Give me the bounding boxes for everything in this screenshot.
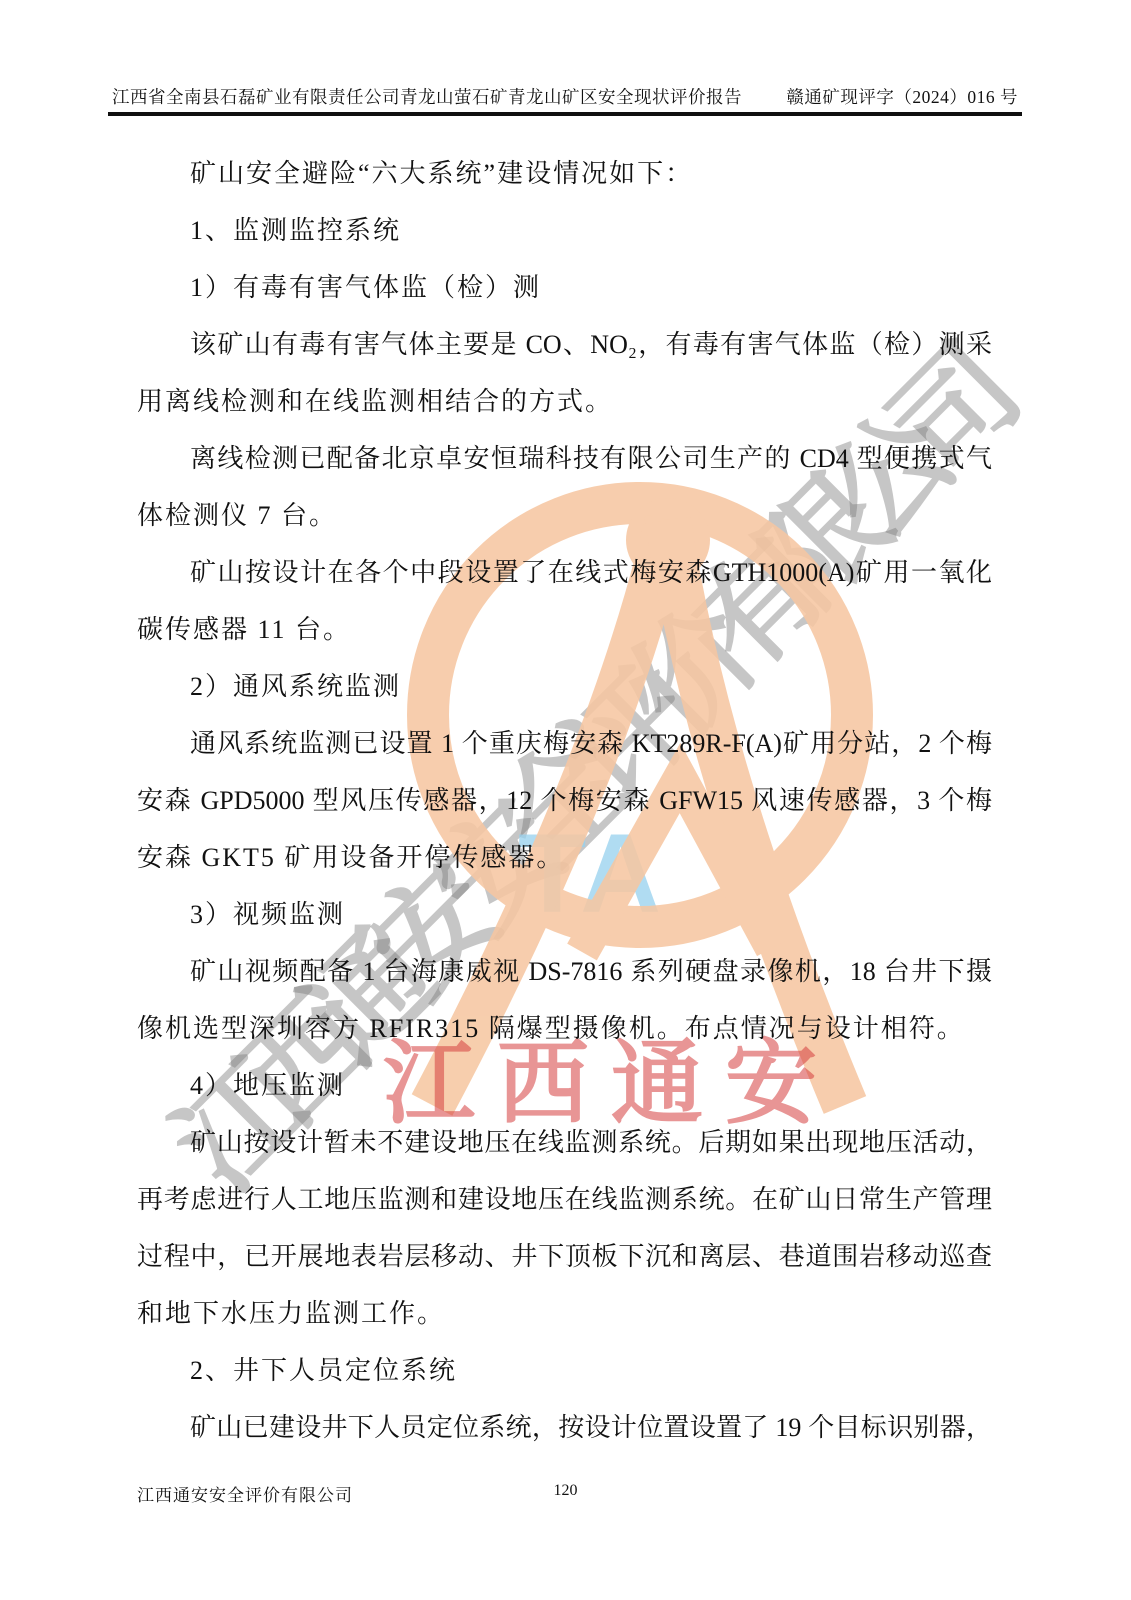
body-line: 矿山按设计暂未不建设地压在线监测系统。后期如果出现地压活动，	[137, 1114, 992, 1171]
body-line: 通风系统监测已设置 1 个重庆梅安森 KT289R-F(A)矿用分站，2 个梅	[137, 715, 992, 772]
report-page: 江西通安安全评价有限公司 TA 江西通安 江西省全南县石磊矿业有限责任公司青龙山…	[0, 0, 1131, 1600]
body-line: 矿山安全避险“六大系统”建设情况如下：	[137, 145, 992, 202]
doc-number: 赣通矿现评字（2024）016 号	[786, 84, 1018, 109]
body-line: 用离线检测和在线监测相结合的方式。	[137, 373, 992, 430]
body-line: 和地下水压力监测工作。	[137, 1285, 992, 1342]
body-line: 1、监测监控系统	[137, 202, 992, 259]
body-line: 3）视频监测	[137, 886, 992, 943]
page-number: 120	[0, 1482, 1131, 1500]
body-line: 矿山已建设井下人员定位系统，按设计位置设置了 19 个目标识别器，	[137, 1399, 992, 1456]
body-line: 碳传感器 11 台。	[137, 601, 992, 658]
body-line: 体检测仪 7 台。	[137, 487, 992, 544]
body-line: 矿山视频配备 1 台海康威视 DS-7816 系列硬盘录像机，18 台井下摄	[137, 943, 992, 1000]
body-line: 离线检测已配备北京卓安恒瑞科技有限公司生产的 CD4 型便携式气	[137, 430, 992, 487]
body-line: 该矿山有毒有害气体主要是 CO、NO₂，有毒有害气体监（检）测采	[137, 316, 992, 373]
body-text: 矿山安全避险“六大系统”建设情况如下：1、监测监控系统1）有毒有害气体监（检）测…	[137, 145, 992, 1456]
body-line: 安森 GPD5000 型风压传感器，12 个梅安森 GFW15 风速传感器，3 …	[137, 772, 992, 829]
body-line: 矿山按设计在各个中段设置了在线式梅安森GTH1000(A)矿用一氧化	[137, 544, 992, 601]
body-line: 2、井下人员定位系统	[137, 1342, 992, 1399]
body-line: 再考虑进行人工地压监测和建设地压在线监测系统。在矿山日常生产管理	[137, 1171, 992, 1228]
report-title: 江西省全南县石磊矿业有限责任公司青龙山萤石矿青龙山矿区安全现状评价报告	[112, 84, 742, 109]
body-line: 过程中，已开展地表岩层移动、井下顶板下沉和离层、巷道围岩移动巡查	[137, 1228, 992, 1285]
header-divider	[108, 112, 1022, 116]
body-line: 4）地压监测	[137, 1057, 992, 1114]
body-line: 2）通风系统监测	[137, 658, 992, 715]
page-header: 江西省全南县石磊矿业有限责任公司青龙山萤石矿青龙山矿区安全现状评价报告 赣通矿现…	[112, 84, 1018, 109]
body-line: 像机选型深圳容方 RFIR315 隔爆型摄像机。布点情况与设计相符。	[137, 1000, 992, 1057]
body-line: 安森 GKT5 矿用设备开停传感器。	[137, 829, 992, 886]
body-line: 1）有毒有害气体监（检）测	[137, 259, 992, 316]
